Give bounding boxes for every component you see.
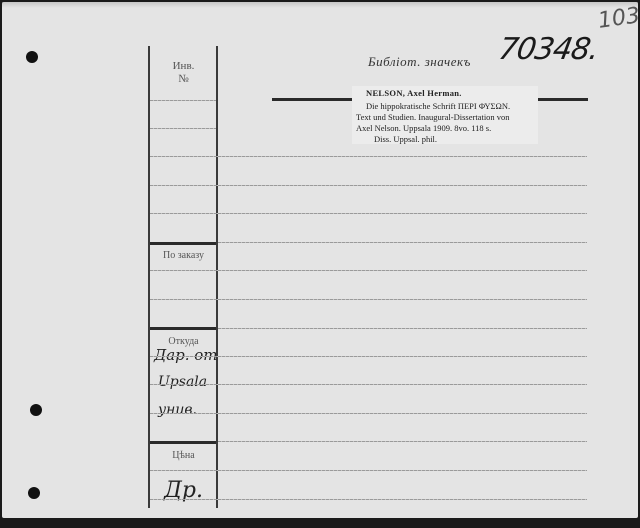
ruled-line [150, 299, 587, 300]
inv-number-label: № [150, 73, 217, 85]
left-section-rule [150, 327, 216, 330]
slip-imprint: Axel Nelson. Uppsala 1909. 8vo. 118 s. [356, 123, 491, 134]
ruled-line [150, 270, 587, 271]
slip-subtitle: Text und Studien. Inaugural-Dissertation… [356, 112, 510, 123]
ruled-line [150, 413, 587, 414]
ruled-line [150, 356, 587, 357]
library-mark-label: Библіот. значекъ [368, 54, 471, 70]
source-handwritten-line-1: Дар. от [154, 346, 218, 364]
ruled-line [218, 242, 587, 243]
pasted-bibliographic-slip: NELSON, Axel Herman. Die hippokratische … [352, 86, 538, 144]
left-line [150, 100, 216, 101]
punch-hole-middle [30, 404, 42, 416]
left-line [150, 128, 216, 129]
source-handwritten-line-2: Upsala [158, 374, 207, 390]
ruled-line [218, 328, 587, 329]
ruled-line [150, 156, 587, 157]
left-section-rule [150, 242, 216, 245]
ruled-line [150, 384, 587, 385]
ruled-line [150, 470, 587, 471]
ruled-line [218, 441, 587, 442]
column-left-rule [148, 46, 150, 508]
corner-handwritten-note: 103 [596, 3, 640, 34]
ruled-line [150, 213, 587, 214]
slip-note: Diss. Uppsal. phil. [374, 134, 437, 145]
inv-label: Инв. [150, 60, 217, 72]
punch-hole-bottom [28, 487, 40, 499]
punch-hole-top [26, 51, 38, 63]
library-mark-number: 70348. [496, 32, 601, 67]
ruled-line [150, 185, 587, 186]
slip-title: Die hippokratische Schrift ΠΕΡΙ ΦΥΣΩΝ. [366, 101, 510, 112]
price-label: Цѣна [150, 450, 217, 461]
column-right-rule [216, 46, 218, 508]
order-label: По заказу [150, 250, 217, 261]
catalog-card: 103 Библіот. значекъ 70348. Инв. № По за… [2, 2, 638, 518]
ruled-line [150, 499, 587, 500]
left-section-rule [150, 441, 216, 444]
source-handwritten-line-3: унив. [158, 402, 197, 418]
slip-author: NELSON, Axel Herman. [366, 88, 462, 99]
